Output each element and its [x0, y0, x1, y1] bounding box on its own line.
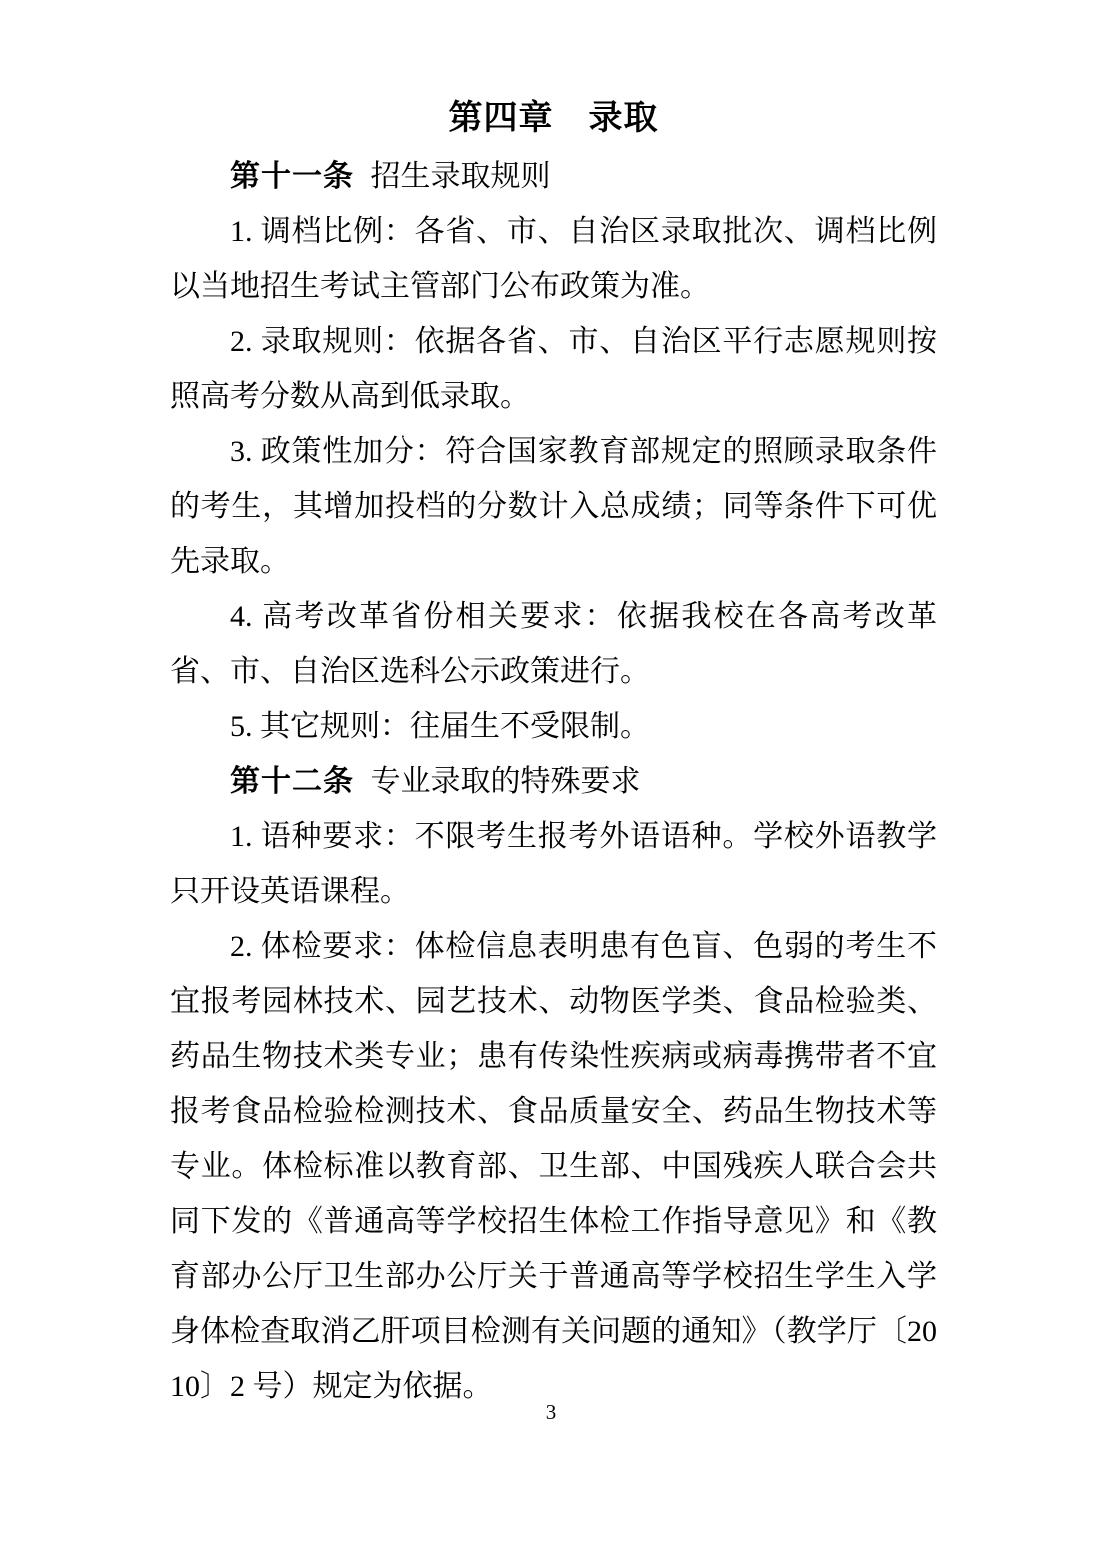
article-12-heading: 第十二条专业录取的特殊要求 — [170, 754, 937, 809]
article-12-item-2: 2. 体检要求：体检信息表明患有色盲、色弱的考生不宜报考园林技术、园艺技术、动物… — [170, 919, 937, 1414]
article-11-item-5: 5. 其它规则：往届生不受限制。 — [170, 699, 937, 754]
article-12-item-1: 1. 语种要求：不限考生报考外语语种。学校外语教学只开设英语课程。 — [170, 809, 937, 919]
chapter-title: 第四章 录取 — [170, 93, 937, 143]
article-11-item-3: 3. 政策性加分：符合国家教育部规定的照顾录取条件的考生，其增加投档的分数计入总… — [170, 424, 937, 589]
article-11-item-1: 1. 调档比例：各省、市、自治区录取批次、调档比例以当地招生考试主管部门公布政策… — [170, 204, 937, 314]
document-page: 第四章 录取 第十一条招生录取规则 1. 调档比例：各省、市、自治区录取批次、调… — [0, 0, 1102, 1559]
article-12-title: 专业录取的特殊要求 — [371, 765, 641, 798]
article-11-item-2: 2. 录取规则：依据各省、市、自治区平行志愿规则按照高考分数从高到低录取。 — [170, 314, 937, 424]
article-11-title: 招生录取规则 — [371, 160, 551, 193]
article-11-item-4: 4. 高考改革省份相关要求：依据我校在各高考改革省、市、自治区选科公示政策进行。 — [170, 589, 937, 699]
article-11-heading: 第十一条招生录取规则 — [170, 149, 937, 204]
page-number: 3 — [0, 1398, 1102, 1426]
article-12-label: 第十二条 — [230, 765, 354, 798]
article-11-label: 第十一条 — [230, 160, 354, 193]
